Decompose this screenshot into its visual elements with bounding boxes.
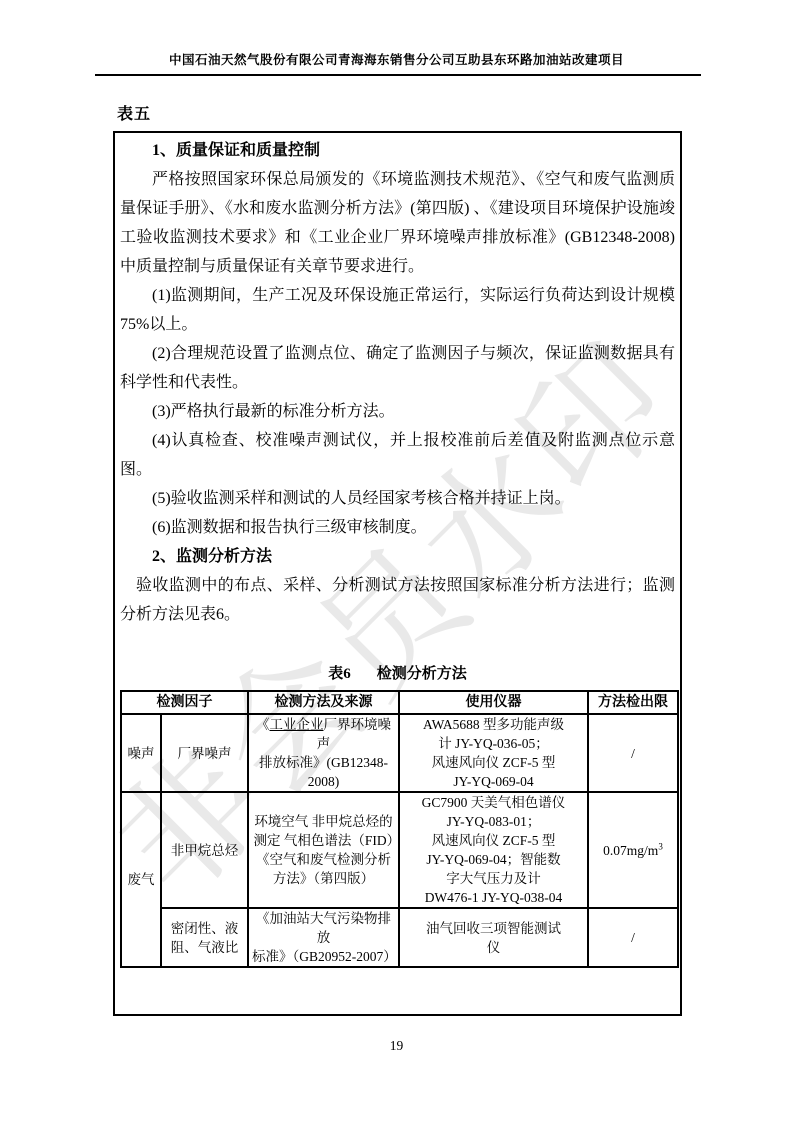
col-header-instrument: 使用仪器 (399, 691, 588, 714)
qc-item-1: (1)监测期间，生产工况及环保设施正常运行，实际运行负荷达到设计规模75%以上。 (120, 281, 675, 339)
section2-heading: 2、监测分析方法 (120, 542, 675, 571)
section1-heading: 1、质量保证和质量控制 (120, 136, 675, 165)
cell-method-noise: 《工业企业厂界环境噪声排放标准》(GB12348-2008) (248, 714, 399, 792)
table-row-noise: 噪声 厂界噪声 《工业企业厂界环境噪声排放标准》(GB12348-2008) A… (121, 714, 678, 792)
table6-caption-number: 表6 (328, 666, 351, 682)
cell-factor-nmhc: 非甲烷总烃 (161, 792, 248, 908)
cell-limit-noise: / (588, 714, 678, 792)
qc-item-2: (2)合理规范设置了监测点位、确定了监测因子与频次，保证监测数据具有科学性和代表… (120, 339, 675, 397)
header-rule (95, 74, 701, 76)
table6-caption-title: 检测分析方法 (377, 666, 467, 682)
method-underlined: 工业企业 (270, 717, 324, 732)
method-line2: 排放标准》(GB12348-2008) (259, 755, 388, 789)
col-header-method: 检测方法及来源 (248, 691, 399, 714)
document-page: 非会员水印 中国石油天然气股份有限公司青海海东销售分公司互助县东环路加油站改建项… (0, 0, 793, 1122)
qc-item-5: (5)验收监测采样和测试的人员经国家考核合格并持证上岗。 (120, 484, 675, 513)
method-open: 《 (256, 717, 270, 732)
qc-item-4: (4)认真检查、校准噪声测试仪，并上报校准前后差值及附监测点位示意图。 (120, 426, 675, 484)
cell-category-noise: 噪声 (121, 714, 161, 792)
content-box: 1、质量保证和质量控制 严格按照国家环保总局颁发的《环境监测技术规范》、《空气和… (113, 131, 682, 1016)
qc-item-3: (3)严格执行最新的标准分析方法。 (120, 397, 675, 426)
section2-paragraph: 验收监测中的布点、采样、分析测试方法按照国家标准分析方法进行；监测分析方法见表6… (120, 571, 675, 629)
analysis-methods-table: 检测因子 检测方法及来源 使用仪器 方法检出限 噪声 厂界噪声 《工业企业厂界环… (120, 690, 679, 968)
cell-category-waste-gas: 废气 (121, 792, 161, 967)
cell-factor-seal: 密闭性、液阻、气液比 (161, 908, 248, 967)
cell-limit-seal: / (588, 908, 678, 967)
col-header-limit: 方法检出限 (588, 691, 678, 714)
limit-value: 0.07mg/m (603, 843, 658, 858)
cell-instrument-seal: 油气回收三项智能测试 仪 (399, 908, 588, 967)
cell-limit-nmhc: 0.07mg/m3 (588, 792, 678, 908)
table6-caption: 表6检测分析方法 (120, 663, 675, 685)
table-row-nmhc: 废气 非甲烷总烃 环境空气 非甲烷总烃的测定 气相色谱法（FID）《空气和废气检… (121, 792, 678, 908)
page-number: 19 (0, 1038, 793, 1054)
qc-item-6: (6)监测数据和报告执行三级审核制度。 (120, 513, 675, 542)
cell-instrument-noise: AWA5688 型多功能声级 计 JY-YQ-036-05； 风速风向仪 ZCF… (399, 714, 588, 792)
limit-superscript: 3 (658, 841, 663, 851)
cell-method-seal: 《加油站大气污染物排放 标准》（GB20952-2007） (248, 908, 399, 967)
cell-method-nmhc: 环境空气 非甲烷总烃的测定 气相色谱法（FID）《空气和废气检测分析方法》（第四… (248, 792, 399, 908)
section1-paragraph: 严格按照国家环保总局颁发的《环境监测技术规范》、《空气和废气监测质量保证手册》、… (120, 165, 675, 281)
cell-instrument-nmhc: GC7900 天美气相色谱仪 JY-YQ-083-01； 风速风向仪 ZCF-5… (399, 792, 588, 908)
method-tail: 厂界环境噪声 (317, 717, 391, 751)
doc-header-title: 中国石油天然气股份有限公司青海海东销售分公司互助县东环路加油站改建项目 (0, 50, 793, 68)
table-row-seal-test: 密闭性、液阻、气液比 《加油站大气污染物排放 标准》（GB20952-2007）… (121, 908, 678, 967)
col-header-factor: 检测因子 (121, 691, 248, 714)
cell-factor-boundary-noise: 厂界噪声 (161, 714, 248, 792)
table-header-row: 检测因子 检测方法及来源 使用仪器 方法检出限 (121, 691, 678, 714)
sheet-label: 表五 (117, 101, 151, 124)
